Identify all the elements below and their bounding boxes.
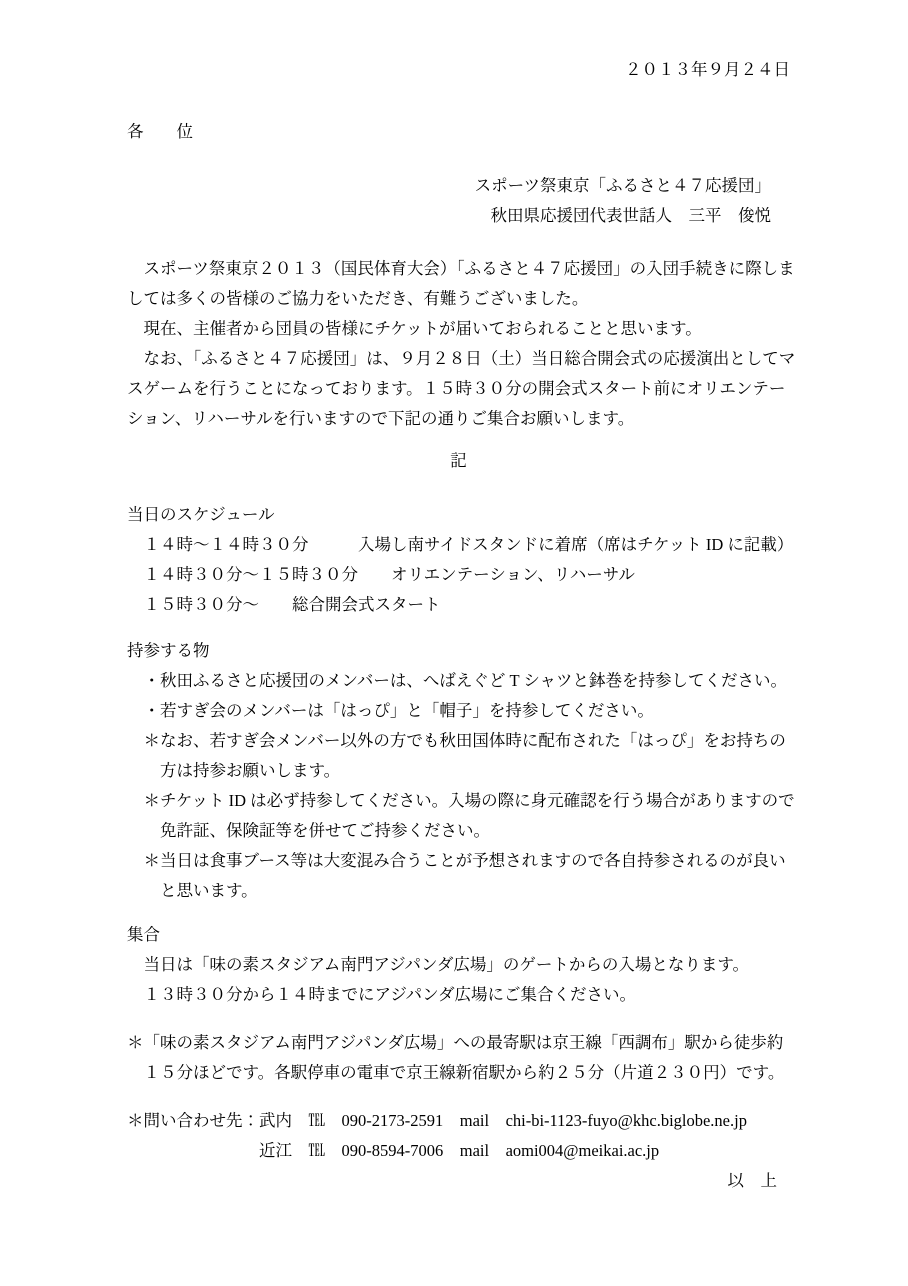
contact-line-takeuchi: ＊問い合わせ先：武内 ℡ 090-2173-2591 mail chi-bi-1… [127,1106,790,1136]
intro-line: しては多くの皆様のご協力をいただき、有難うございました。 [127,284,790,314]
belongings-line: ＊チケット ID は必ず持参してください。入場の際に身元確認を行う場合があります… [127,786,790,816]
document-page: ２０１３年９月２４日 各 位 スポーツ祭東京「ふるさと４７応援団」 秋田県応援団… [0,0,908,1286]
date-line: ２０１３年９月２４日 [127,55,790,85]
intro-line: ション、リハーサルを行いますので下記の通りご集合お願いします。 [127,404,790,434]
sender-representative: 秋田県応援団代表世話人 三平 俊悦 [127,201,790,231]
access-line: １５分ほどです。各駅停車の電車で京王線新宿駅から約２５分（片道２３０円）です。 [127,1058,790,1088]
intro-line: 現在、主催者から団員の皆様にチケットが届いておられることと思います。 [127,314,790,344]
belongings-line: と思います。 [127,876,790,906]
contact-line-omi: 近江 ℡ 090-8594-7006 mail aomi004@meikai.a… [127,1136,790,1166]
belongings-heading: 持参する物 [127,636,790,666]
intro-line: スゲームを行うことになっております。１５時３０分の開会式スタート前にオリエンテー [127,374,790,404]
schedule-line: １４時～１４時３０分 入場し南サイドスタンドに着席（席はチケット ID に記載） [127,530,790,560]
belongings-line: 免許証、保険証等を併せてご持参ください。 [127,816,790,846]
belongings-line: ＊当日は食事ブース等は大変混み合うことが予想されますので各自持参されるのが良い [127,846,790,876]
schedule-line: １５時３０分～ 総合開会式スタート [127,590,790,620]
meeting-heading: 集合 [127,920,790,950]
access-line: ＊「味の素スタジアム南門アジパンダ広場」への最寄駅は京王線「西調布」駅から徒歩約 [127,1028,790,1058]
sender-organization: スポーツ祭東京「ふるさと４７応援団」 [127,171,790,201]
closing-marker: 以 上 [127,1166,790,1196]
belongings-line: ＊なお、若すぎ会メンバー以外の方でも秋田国体時に配布された「はっぴ」をお持ちの [127,726,790,756]
record-marker: 記 [127,446,790,476]
meeting-line: １３時３０分から１４時までにアジパンダ広場にご集合ください。 [127,980,790,1010]
schedule-heading: 当日のスケジュール [127,500,790,530]
meeting-line: 当日は「味の素スタジアム南門アジパンダ広場」のゲートからの入場となります。 [127,950,790,980]
belongings-line: ・若すぎ会のメンバーは「はっぴ」と「帽子」を持参してください。 [127,696,790,726]
schedule-line: １４時３０分～１５時３０分 オリエンテーション、リハーサル [127,560,790,590]
belongings-line: 方は持参お願いします。 [127,756,790,786]
belongings-line: ・秋田ふるさと応援団のメンバーは、へばえぐど T シャツと鉢巻を持参してください… [127,666,790,696]
salutation: 各 位 [127,117,790,147]
intro-line: なお、「ふるさと４７応援団」は、９月２８日（土）当日総合開会式の応援演出としてマ [127,344,790,374]
intro-line: スポーツ祭東京２０１３（国民体育大会）「ふるさと４７応援団」の入団手続きに際しま [127,254,790,284]
document-content: ２０１３年９月２４日 各 位 スポーツ祭東京「ふるさと４７応援団」 秋田県応援団… [0,55,908,1196]
